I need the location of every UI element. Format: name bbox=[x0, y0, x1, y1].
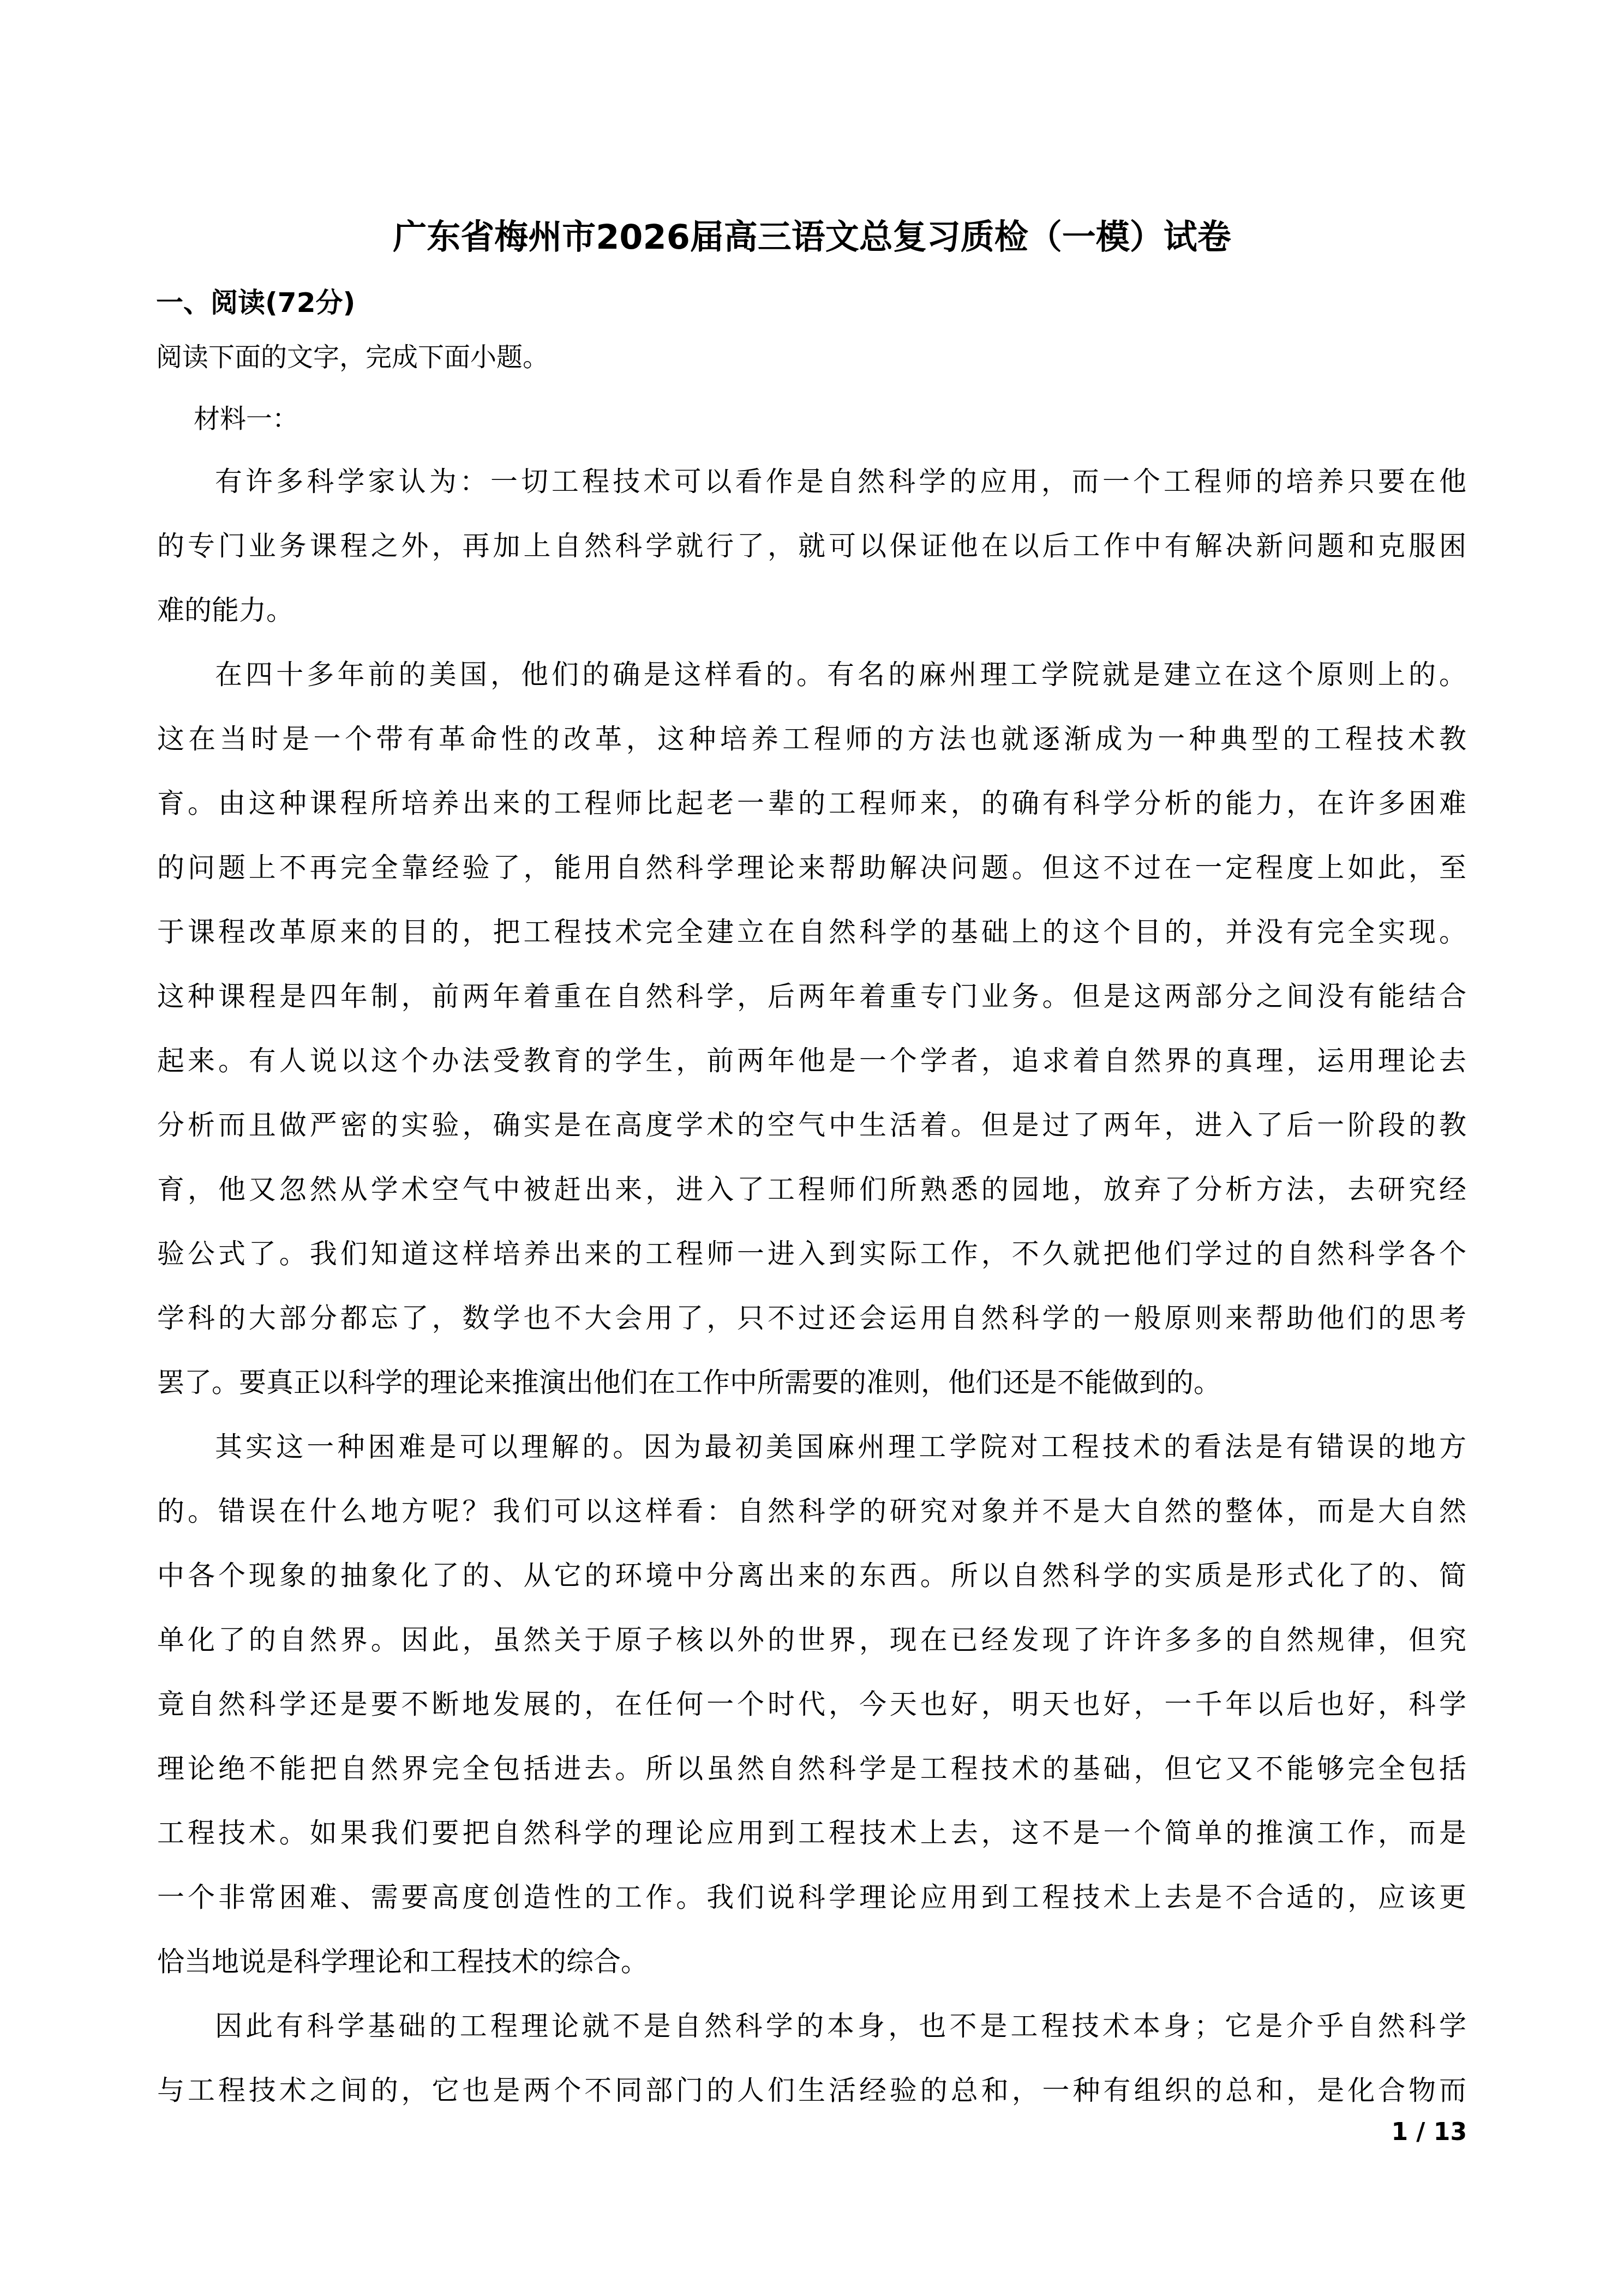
material-label: 材料一： bbox=[194, 400, 298, 438]
paragraph-line: 验公式了。我们知道这样培养出来的工程师一进入到实际工作，不久就把他们学过的自然科… bbox=[157, 1235, 1466, 1299]
paragraph-line: 育。由这种课程所培养出来的工程师比起老一辈的工程师来，的确有科学分析的能力，在许… bbox=[157, 784, 1466, 849]
paragraph-line: 中各个现象的抽象化了的、从它的环境中分离出来的东西。所以自然科学的实质是形式化了… bbox=[157, 1556, 1466, 1621]
paragraph-line: 单化了的自然界。因此，虽然关于原子核以外的世界，现在已经发现了许许多多的自然规律… bbox=[157, 1621, 1466, 1685]
paragraph-line: 罢了。要真正以科学的理论来推演出他们在工作中所需要的准则，他们还是不能做到的。 bbox=[157, 1363, 1466, 1428]
paragraph-line: 起来。有人说以这个办法受教育的学生，前两年他是一个学者，追求着自然界的真理，运用… bbox=[157, 1042, 1466, 1106]
paragraph-line: 有许多科学家认为：一切工程技术可以看作是自然科学的应用，而一个工程师的培养只要在… bbox=[157, 462, 1466, 527]
page-number: 1 / 13 bbox=[1391, 2116, 1467, 2149]
paragraph-line: 与工程技术之间的，它也是两个不同部门的人们生活经验的总和，一种有组织的总和，是化… bbox=[157, 2071, 1466, 2136]
paragraph-line: 恰当地说是科学理论和工程技术的综合。 bbox=[157, 1943, 1466, 2007]
page-title: 广东省梅州市2026届高三语文总复习质检（一模）试卷 bbox=[0, 215, 1624, 259]
paragraph-line: 分析而且做严密的实验，确实是在高度学术的空气中生活着。但是过了两年，进入了后一阶… bbox=[157, 1106, 1466, 1170]
paragraph-line: 的。错误在什么地方呢？我们可以这样看：自然科学的研究对象并不是大自然的整体，而是… bbox=[157, 1492, 1466, 1556]
paragraph-line: 工程技术。如果我们要把自然科学的理论应用到工程技术上去，这不是一个简单的推演工作… bbox=[157, 1814, 1466, 1878]
paragraph-line: 这在当时是一个带有革命性的改革，这种培养工程师的方法也就逐渐成为一种典型的工程技… bbox=[157, 720, 1466, 784]
document-page: 广东省梅州市2026届高三语文总复习质检（一模）试卷 一、阅读(72分) 阅读下… bbox=[0, 0, 1624, 2296]
paragraph-line: 一个非常困难、需要高度创造性的工作。我们说科学理论应用到工程技术上去是不合适的，… bbox=[157, 1878, 1466, 1943]
paragraph-line: 理论绝不能把自然界完全包括进去。所以虽然自然科学是工程技术的基础，但它又不能够完… bbox=[157, 1750, 1466, 1814]
paragraph-line: 因此有科学基础的工程理论就不是自然科学的本身，也不是工程技术本身；它是介乎自然科… bbox=[157, 2007, 1466, 2071]
paragraph-line: 在四十多年前的美国，他们的确是这样看的。有名的麻州理工学院就是建立在这个原则上的… bbox=[157, 656, 1466, 720]
reading-instruction: 阅读下面的文字，完成下面小题。 bbox=[156, 338, 549, 376]
paragraph-line: 于课程改革原来的目的，把工程技术完全建立在自然科学的基础上的这个目的，并没有完全… bbox=[157, 913, 1466, 977]
paragraph-line: 这种课程是四年制，前两年着重在自然科学，后两年着重专门业务。但是这两部分之间没有… bbox=[157, 977, 1466, 1042]
paragraph-line: 竟自然科学还是要不断地发展的，在任何一个时代，今天也好，明天也好，一千年以后也好… bbox=[157, 1685, 1466, 1750]
passage-body: 有许多科学家认为：一切工程技术可以看作是自然科学的应用，而一个工程师的培养只要在… bbox=[157, 462, 1466, 2136]
paragraph-line: 学科的大部分都忘了，数学也不大会用了，只不过还会运用自然科学的一般原则来帮助他们… bbox=[157, 1299, 1466, 1363]
paragraph-line: 难的能力。 bbox=[157, 591, 1466, 656]
paragraph-line: 育，他又忽然从学术空气中被赶出来，进入了工程师们所熟悉的园地，放弃了分析方法，去… bbox=[157, 1170, 1466, 1235]
section-heading: 一、阅读(72分) bbox=[156, 284, 355, 322]
paragraph-line: 的问题上不再完全靠经验了，能用自然科学理论来帮助解决问题。但这不过在一定程度上如… bbox=[157, 849, 1466, 913]
paragraph-line: 其实这一种困难是可以理解的。因为最初美国麻州理工学院对工程技术的看法是有错误的地… bbox=[157, 1428, 1466, 1492]
paragraph-line: 的专门业务课程之外，再加上自然科学就行了，就可以保证他在以后工作中有解决新问题和… bbox=[157, 527, 1466, 591]
